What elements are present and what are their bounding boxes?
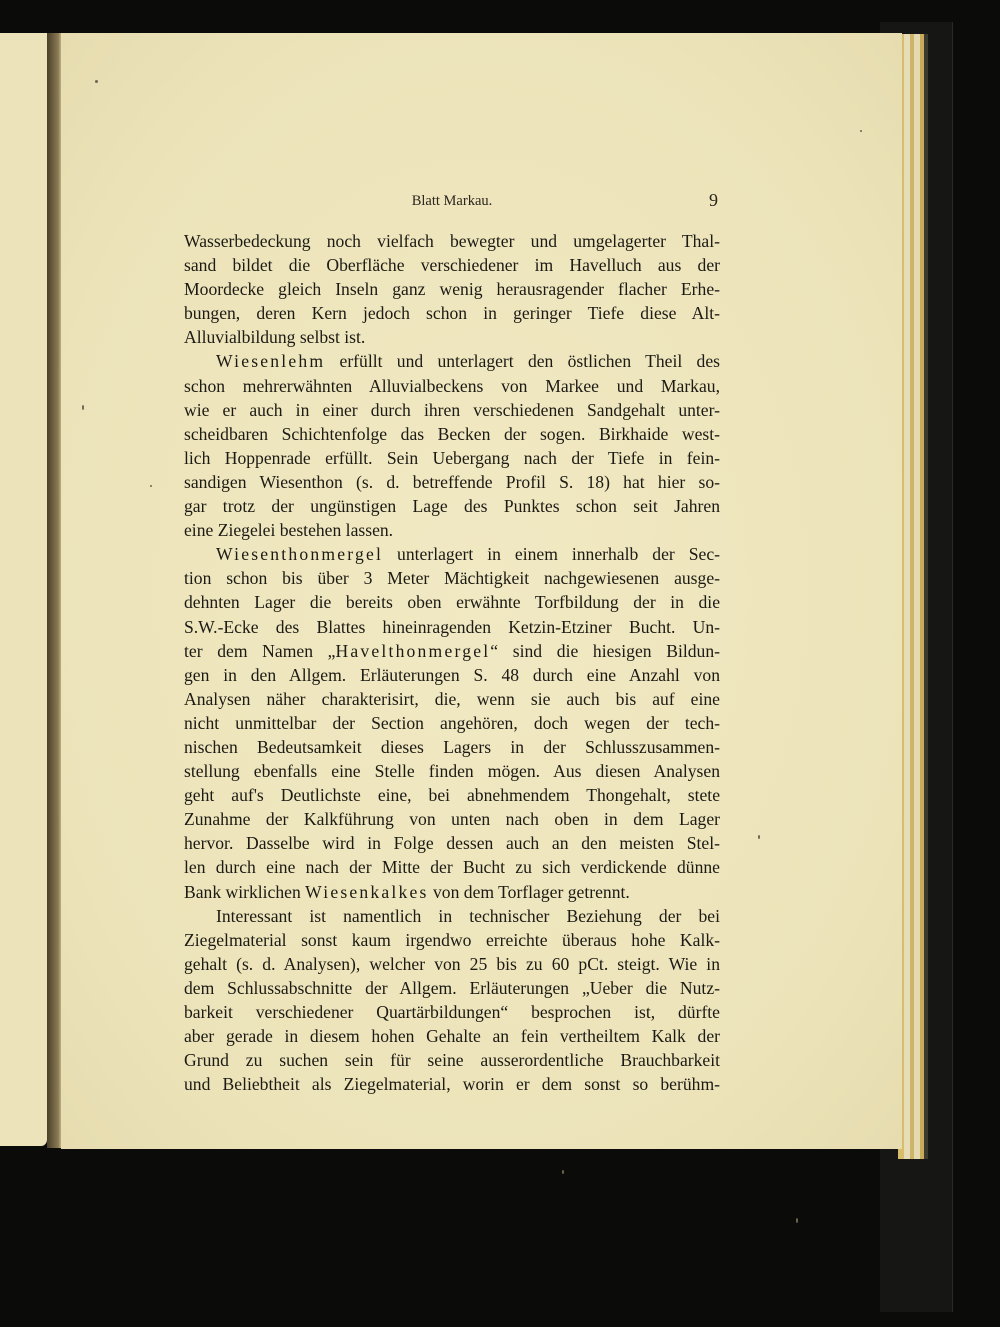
text-line: Bank wirklichen Wiesenkalkes von dem Tor… [184,880,720,904]
text-line: aber gerade in diesem hohen Gehalte an f… [184,1024,720,1048]
paper-speck [82,405,84,410]
line-text: erfüllt und unterlagert den östlichen Th… [325,351,720,371]
paragraph-1: Wasserbedeckung noch vielfach bewegter u… [184,229,720,349]
paper-speck [796,1218,798,1223]
line-text: von dem Torflager getrennt. [429,882,630,902]
text-line: Alluvialbildung selbst ist. [184,325,720,349]
text-line: Ziegelmaterial sonst kaum irgendwo errei… [184,928,720,952]
text-line: lich Hoppenrade erfüllt. Sein Uebergang … [184,446,720,470]
text-line: gar trotz der ungünstigen Lage des Punkt… [184,494,720,518]
running-title: Blatt Markau. [184,193,720,210]
text-line: nicht unmittelbar der Section angehören,… [184,711,720,735]
spaced-term: Havelthonmergel [335,641,490,661]
text-line: Zunahme der Kalkführung von unten nach o… [184,807,720,831]
left-page-edge [0,33,47,1146]
text-line: barkeit verschiedener Quartärbildungen“ … [184,1000,720,1024]
text-line: Interessant ist namentlich in technische… [184,904,720,928]
body-text: Wasserbedeckung noch vielfach bewegter u… [184,229,720,1096]
text-line: tion schon bis über 3 Meter Mächtigkeit … [184,566,720,590]
text-line: gehalt (s. d. Analysen), welcher von 25 … [184,952,720,976]
line-text: unterlagert in einem innerhalb der Sec- [383,544,720,564]
page-stack-edge [898,34,928,1159]
text-line: sand bildet die Oberfläche verschiedener… [184,253,720,277]
line-text: “ sind die hiesigen Bildun- [490,641,720,661]
paper-speck [95,80,98,83]
text-line: gen in den Allgem. Erläuterungen S. 48 d… [184,663,720,687]
text-line: Analysen näher charakterisirt, die, wenn… [184,687,720,711]
running-head: Blatt Markau. 9 [184,190,720,212]
text-line: bungen, deren Kern jedoch schon in gerin… [184,301,720,325]
text-line: dehnten Lager die bereits oben erwähnte … [184,590,720,614]
paragraph-wiesenthonmergel: Wiesenthonmergel unterlagert in einem in… [184,542,720,903]
text-line: Grund zu suchen sein für seine ausserord… [184,1048,720,1072]
text-line: und Beliebtheit als Ziegelmaterial, wori… [184,1072,720,1096]
lead-term: Wiesenthonmergel [216,544,383,564]
text-line: Wiesenlehm erfüllt und unterlagert den ö… [184,349,720,373]
text-line: Wasserbedeckung noch vielfach bewegter u… [184,229,720,253]
text-line: eine Ziegelei bestehen lassen. [184,518,720,542]
text-line: Wiesenthonmergel unterlagert in einem in… [184,542,720,566]
page-number: 9 [709,190,718,211]
text-line: geht auf's Deutlichste eine, bei abnehme… [184,783,720,807]
line-text: ter dem Namen „ [184,641,335,661]
text-line: S.W.-Ecke des Blattes hineinragenden Ket… [184,615,720,639]
paper-speck [562,1170,564,1174]
text-line: stellung ebenfalls eine Stelle finden mö… [184,759,720,783]
spaced-term: Wiesenkalkes [305,882,428,902]
paper-speck [150,485,152,487]
text-line: schon mehrerwähnten Alluvialbeckens von … [184,374,720,398]
text-line: nischen Bedeutsamkeit dieses Lagers in d… [184,735,720,759]
text-line: Moordecke gleich Inseln ganz wenig herau… [184,277,720,301]
book-gutter [47,33,61,1148]
lead-term: Wiesenlehm [216,351,325,371]
paper-speck [860,130,862,132]
text-line: sandigen Wiesenthon (s. d. betreffende P… [184,470,720,494]
text-line: wie er auch in einer durch ihren verschi… [184,398,720,422]
text-line: hervor. Dasselbe wird in Folge dessen au… [184,831,720,855]
text-line: dem Schlussabschnitte der Allgem. Erläut… [184,976,720,1000]
text-line: len durch eine nach der Mitte der Bucht … [184,855,720,879]
paragraph-interessant: Interessant ist namentlich in technische… [184,904,720,1097]
paper-speck [758,835,760,839]
line-text: Bank wirklichen [184,882,305,902]
paragraph-wiesenlehm: Wiesenlehm erfüllt und unterlagert den ö… [184,349,720,542]
text-line: ter dem Namen „Havelthonmergel“ sind die… [184,639,720,663]
text-line: scheidbaren Schichtenfolge das Becken de… [184,422,720,446]
